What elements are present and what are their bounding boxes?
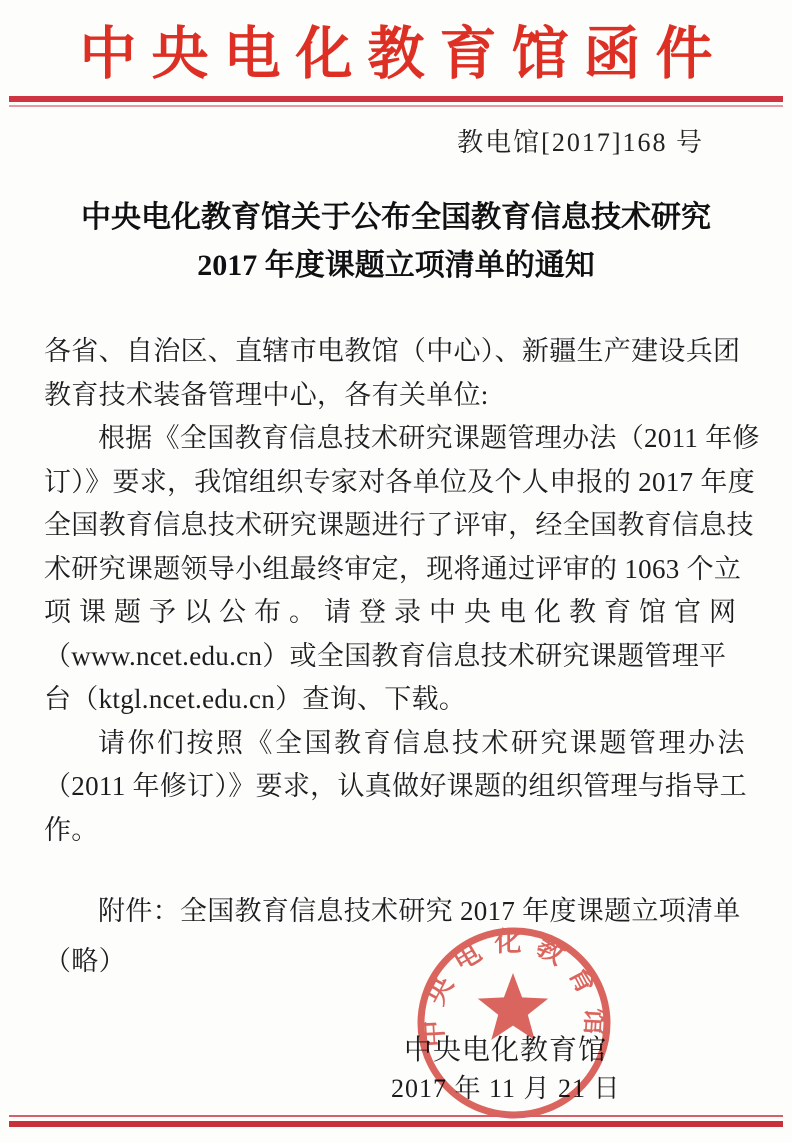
- signature-org: 中央电化教育馆: [404, 1028, 607, 1068]
- notice-title-line2: 2017 年度课题立项清单的通知: [0, 242, 792, 290]
- attachment-note: 附件：全国教育信息技术研究 2017 年度课题立项清单 （略）: [44, 886, 750, 986]
- notice-title: 中央电化教育馆关于公布全国教育信息技术研究 2017 年度课题立项清单的通知: [0, 194, 792, 290]
- body-line: （2011 年修订）》要求，认真做好课题的组织管理与指导工: [44, 765, 750, 809]
- attachment-line2: （略）: [44, 936, 750, 986]
- separator-thin-line: [9, 1115, 783, 1117]
- body-line: 作。: [44, 809, 750, 853]
- separator-thick-line: [9, 1121, 783, 1127]
- attachment-line1: 附件：全国教育信息技术研究 2017 年度课题立项清单: [44, 886, 750, 936]
- notice-title-line1: 中央电化教育馆关于公布全国教育信息技术研究: [0, 194, 792, 242]
- body-line: 各省、自治区、直辖市电教馆（中心）、新疆生产建设兵团: [44, 330, 750, 374]
- body-line: 订）》要求，我馆组织专家对各单位及个人申报的 2017 年度: [44, 461, 750, 505]
- separator-thick-line: [9, 96, 783, 102]
- footer-separator: [9, 1115, 783, 1127]
- header-separator: [9, 96, 783, 107]
- body-line: （www.ncet.edu.cn）或全国教育信息技术研究课题管理平: [44, 635, 750, 679]
- body-text: 各省、自治区、直辖市电教馆（中心）、新疆生产建设兵团 教育技术装备管理中心，各有…: [44, 330, 750, 852]
- body-line: 术研究课题领导小组最终审定，现将通过评审的 1063 个立: [44, 548, 750, 592]
- body-line: 项课题予以公布。请登录中央电化教育馆官网: [44, 591, 750, 635]
- body-line: 台（ktgl.ncet.edu.cn）查询、下载。: [44, 678, 750, 722]
- document-number: 教电馆[2017]168 号: [457, 122, 704, 159]
- signature-date: 2017 年 11 月 21 日: [391, 1068, 621, 1105]
- body-line: 教育技术装备管理中心，各有关单位:: [44, 374, 750, 418]
- body-line: 根据《全国教育信息技术研究课题管理办法（2011 年修: [44, 417, 750, 461]
- letterhead-title: 中央电化教育馆函件: [0, 8, 792, 90]
- document-page: 中央电化教育馆函件 教电馆[2017]168 号 中央电化教育馆关于公布全国教育…: [0, 0, 792, 1143]
- separator-thin-line: [9, 105, 783, 107]
- body-line: 全国教育信息技术研究课题进行了评审，经全国教育信息技: [44, 504, 750, 548]
- body-line: 请你们按照《全国教育信息技术研究课题管理办法: [44, 722, 750, 766]
